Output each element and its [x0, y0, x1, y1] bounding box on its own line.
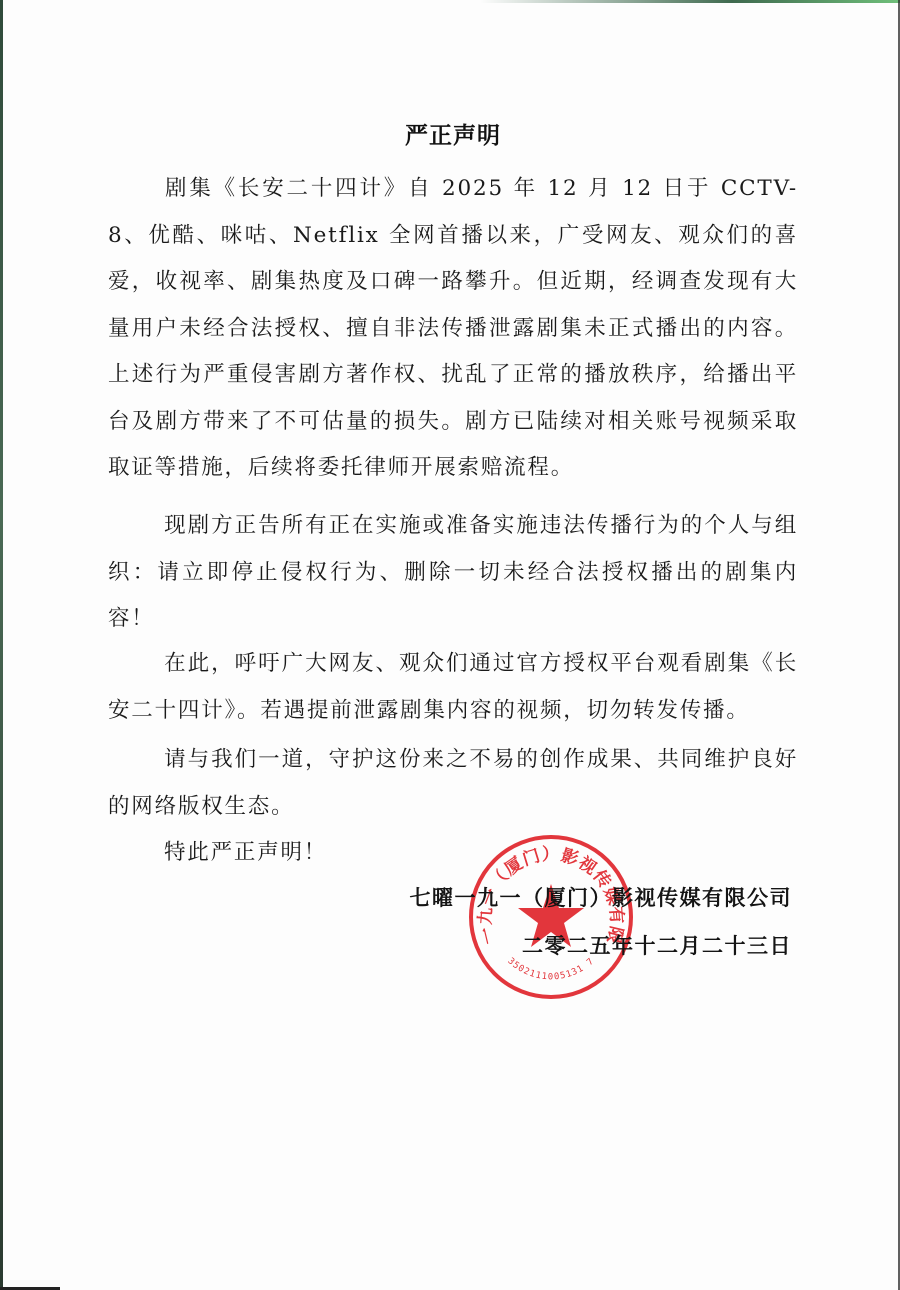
company-seal: 七曜一九一（厦门）影视传媒有限公司 3502111005131 7	[466, 832, 636, 1002]
document-title: 严正声明	[108, 117, 798, 150]
page-edge-left	[0, 0, 3, 1290]
paragraph-1-text: 剧集《长安二十四计》自 2025 年 12 月 12 日于 CCTV-8、优酷、…	[108, 176, 798, 480]
paragraph-4-text: 请与我们一道，守护这份来之不易的创作成果、共同维护良好的网络版权生态。	[108, 747, 798, 819]
paragraph-1: 剧集《长安二十四计》自 2025 年 12 月 12 日于 CCTV-8、优酷、…	[108, 166, 798, 492]
paragraph-5: 特此严正声明！	[108, 830, 798, 877]
paragraph-4: 请与我们一道，守护这份来之不易的创作成果、共同维护良好的网络版权生态。	[108, 737, 798, 830]
signature-company: 七曜一九一（厦门）影视传媒有限公司	[410, 882, 793, 912]
page-edge-top	[480, 0, 900, 3]
paragraph-2-text: 现剧方正告所有正在实施或准备实施违法传播行为的个人与组织：请立即停止侵权行为、删…	[108, 513, 798, 631]
signature-date: 二零二五年十二月二十三日	[522, 930, 792, 960]
paragraph-3: 在此，呼吁广大网友、观众们通过官方授权平台观看剧集《长安二十四计》。若遇提前泄露…	[108, 641, 798, 734]
paragraph-5-text: 特此严正声明！	[164, 840, 327, 865]
svg-text:3502111005131 7: 3502111005131 7	[505, 956, 596, 982]
paragraph-3-text: 在此，呼吁广大网友、观众们通过官方授权平台观看剧集《长安二十四计》。若遇提前泄露…	[108, 651, 798, 723]
seal-graphic: 七曜一九一（厦门）影视传媒有限公司 3502111005131 7	[466, 832, 636, 1002]
paragraph-2: 现剧方正告所有正在实施或准备实施违法传播行为的个人与组织：请立即停止侵权行为、删…	[108, 503, 798, 643]
seal-number: 3502111005131 7	[505, 956, 596, 982]
